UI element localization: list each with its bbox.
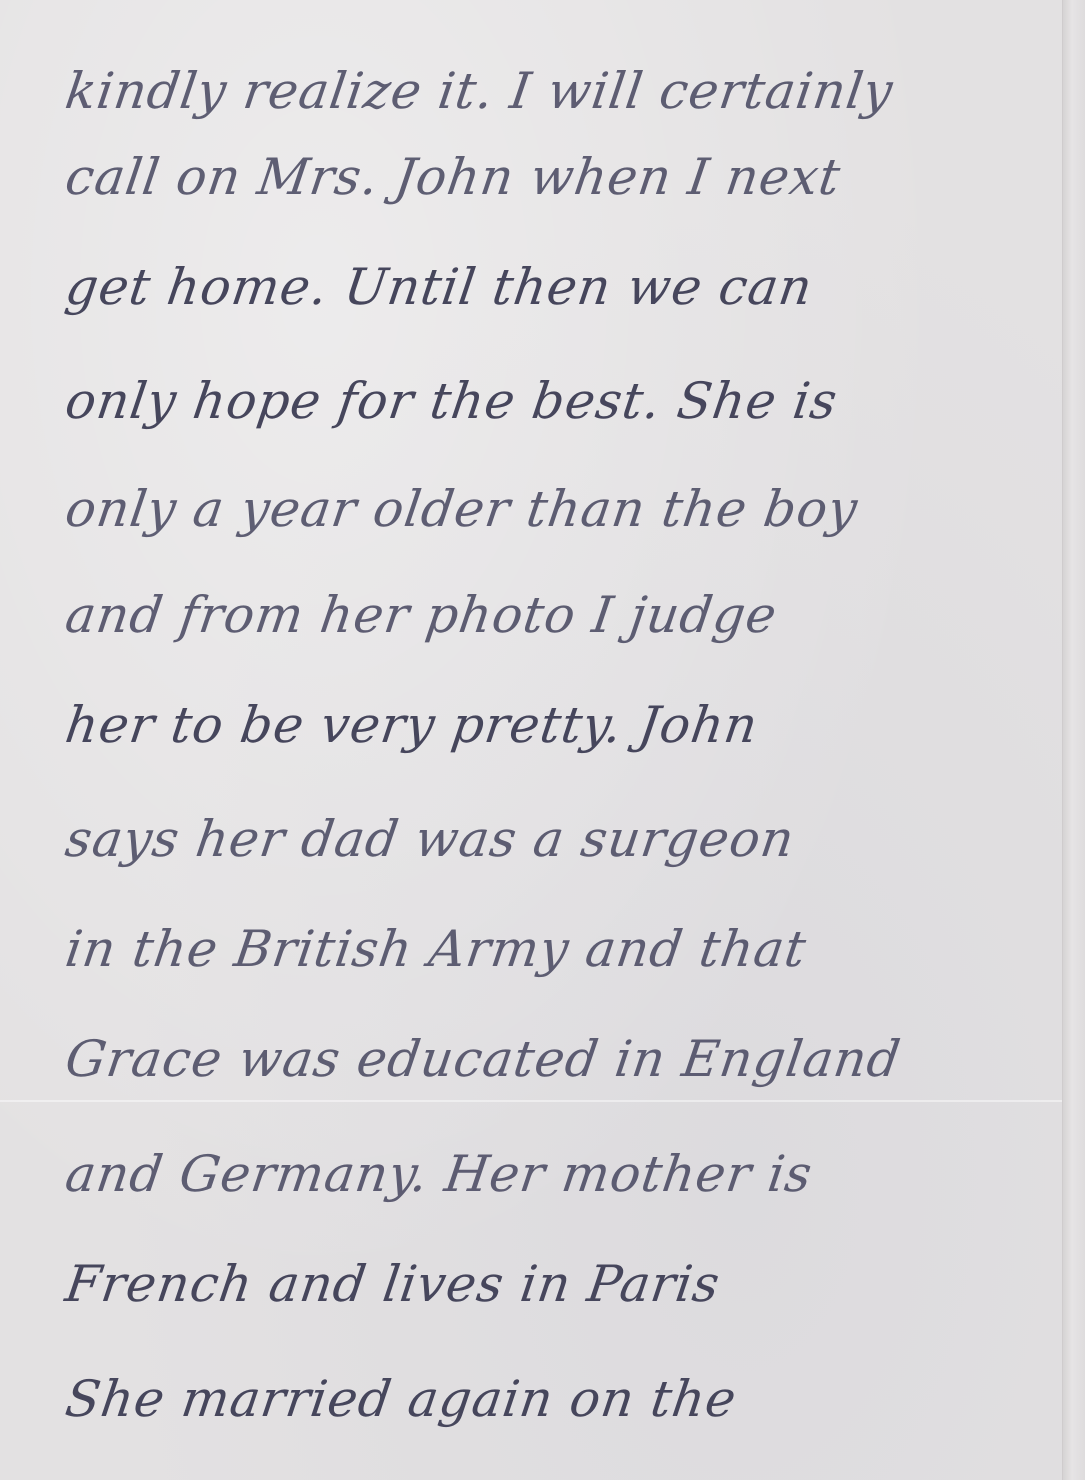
handwritten-line-10: Grace was educated in England	[62, 1030, 904, 1088]
handwritten-line-12: French and lives in Paris	[62, 1255, 724, 1313]
handwritten-line-13: She married again on the	[62, 1370, 740, 1428]
letter-page: kindly realize it. I will certainly call…	[0, 0, 1062, 1480]
paper-edge	[1062, 0, 1085, 1480]
handwritten-line-1: kindly realize it. I will certainly	[62, 62, 897, 120]
handwritten-line-8: says her dad was a surgeon	[62, 810, 798, 868]
handwritten-line-11: and Germany. Her mother is	[62, 1145, 816, 1203]
handwritten-line-2: call on Mrs. John when I next	[62, 148, 844, 206]
handwritten-line-6: and from her photo I judge	[62, 586, 781, 644]
paper-fold-line	[0, 1100, 1062, 1102]
handwritten-line-5: only a year older than the boy	[62, 480, 862, 538]
handwritten-line-7: her to be very pretty. John	[62, 696, 762, 754]
handwritten-line-3: get home. Until then we can	[62, 258, 816, 316]
handwritten-line-4: only hope for the best. She is	[62, 372, 841, 430]
handwritten-line-9: in the British Army and that	[62, 920, 810, 978]
